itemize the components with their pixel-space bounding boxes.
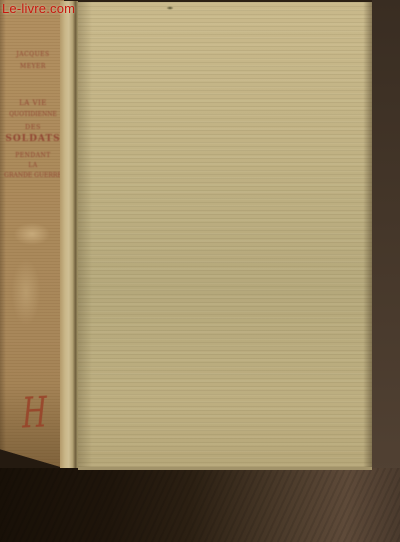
spine-title-line: SOLDATS xyxy=(4,134,62,144)
spine-cover-hinge xyxy=(60,1,78,468)
book-front-cover xyxy=(78,2,372,470)
book-spine: JACQUES MEYER LA VIE QUOTIDIENNE DES SOL… xyxy=(0,0,64,468)
publisher-monogram-h-icon: H xyxy=(22,387,45,440)
spine-title-line: DES xyxy=(4,123,62,131)
spine-title-line: QUOTIDIENNE xyxy=(4,111,62,118)
spine-title-line: LA xyxy=(4,162,62,169)
table-shadow xyxy=(0,468,400,542)
background-right-strip xyxy=(371,0,400,474)
watermark-logo: Le-livre.com xyxy=(2,1,75,16)
spine-title-line: PENDANT xyxy=(4,152,62,159)
spine-title-line: GRANDE GUERRE xyxy=(4,172,62,179)
spine-author-first-name: JACQUES xyxy=(4,51,62,58)
book-product-photo: JACQUES MEYER LA VIE QUOTIDIENNE DES SOL… xyxy=(0,0,400,542)
spine-title-line: LA VIE xyxy=(4,99,62,107)
spine-author-last-name: MEYER xyxy=(4,63,62,70)
